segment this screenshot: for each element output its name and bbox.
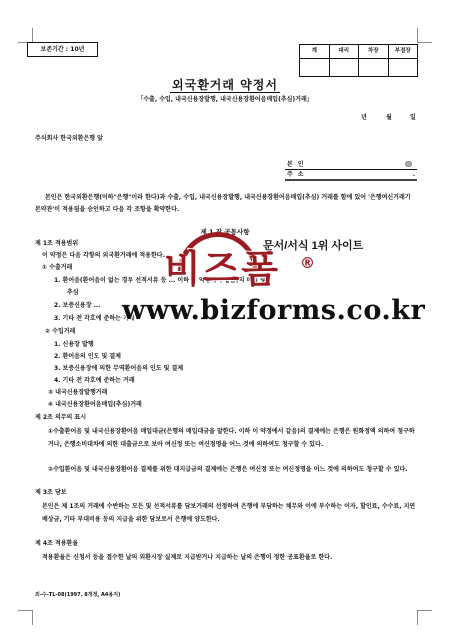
article-line: ④ 내국신용장환어음매입(추심)거래 (48, 401, 142, 409)
article-heading: 제 1조 적용범위 (35, 240, 78, 248)
approval-header: 차장 (359, 45, 389, 59)
article-line: 4. 기타 전 각호에 준하는 거래 (54, 377, 135, 385)
crop-mark-bottom-right (417, 610, 432, 625)
crop-mark-bottom-left (18, 610, 33, 625)
article-line: 추심 (67, 289, 79, 297)
article-line: ② 수입거래 (45, 328, 75, 336)
approval-table: 계 대리 차장 부점장 (299, 44, 418, 77)
article-line: 이 약정은 다음 각항의 외국환거래에 적용한다. (42, 252, 165, 260)
article-line: 2. 보증신용장 ... (54, 302, 100, 310)
article-line: 2. 환어음의 인도 및 결제 (54, 353, 121, 361)
signature-address-line[interactable]: 주소 . (285, 170, 417, 181)
recipient: 주식회사 한국외환은행 앞 (35, 135, 103, 143)
intro-paragraph: 본인은 한국외환은행(이하"은행"이라 한다)과 수출, 수입, 내국신용장발행… (35, 192, 415, 216)
article-paragraph: ②수입환어음 및 내국신용장환어음 결제를 위한 대지급금의 결제에는 은행은 … (48, 463, 418, 476)
approval-cell[interactable] (359, 59, 389, 77)
address-end-mark: . (413, 171, 415, 179)
bizforms-watermark[interactable]: 비즈폼 ® 문서/서식 1위 사이트 www.bizforms.co.kr (150, 232, 420, 327)
article-heading: 제 4조 적용환율 (35, 540, 78, 548)
registered-mark-icon: ® (300, 254, 315, 273)
watermark-url[interactable]: www.bizforms.co.kr (122, 294, 425, 328)
article-line: ③ 내국신용장발행거래 (48, 389, 107, 397)
watermark-tagline: 문서/서식 1위 사이트 (263, 240, 363, 254)
document-title: 외국환거래 약정서 (0, 78, 450, 93)
approval-cell[interactable] (300, 59, 330, 77)
article-line: ① 수출거래 (42, 264, 72, 272)
date-year: 년 (361, 114, 367, 122)
document-subtitle: 「수출, 수입, 내국신용장발행, 내국신용장환어음매입(추심)거래」 (0, 96, 450, 104)
signature-address-label: 주소 (287, 171, 309, 179)
retention-period-box: 보존기간 : 10년 (27, 42, 98, 57)
article-heading: 제 3조 담보 (35, 489, 67, 497)
approval-cell[interactable] (388, 59, 418, 77)
approval-header: 부점장 (388, 45, 418, 59)
article-paragraph: ①수출환어음 및 내국신용장환어음 매입대금(은행의 매입대금을 말한다. 이하… (48, 425, 418, 451)
signature-name-label: 본인 (287, 161, 309, 169)
signature-name-line[interactable]: 본인 (285, 158, 417, 170)
date-month: 월 (386, 114, 392, 122)
crop-mark-top-left (18, 28, 33, 43)
document-title-text: 외국환거래 약정서 (170, 78, 280, 93)
article-line: 1. 신용장 발행 (54, 341, 94, 349)
article-line: 3. 보증신용장에 의한 무역환어음의 인도 및 결제 (54, 365, 183, 373)
article-paragraph: 적용환율은 신청서 등을 접수한 날의 외환시장 실제로 지급받거나 지급하는 … (42, 551, 418, 564)
article-heading: 제 2조 의무의 표시 (35, 414, 86, 422)
crop-mark-top-right (417, 28, 432, 43)
article-paragraph: 본인은 제 1조의 거래에 수반하는 모든 및 선적서류를 담보거래의 선정하여… (42, 500, 418, 526)
seal-icon (405, 161, 412, 167)
approval-header: 계 (300, 45, 330, 59)
form-code: 외-수-TL-08(1997. 8개정, A4용지) (35, 592, 120, 598)
approval-cell[interactable] (329, 59, 359, 77)
date-day: 일 (410, 114, 416, 122)
approval-header: 대리 (329, 45, 359, 59)
